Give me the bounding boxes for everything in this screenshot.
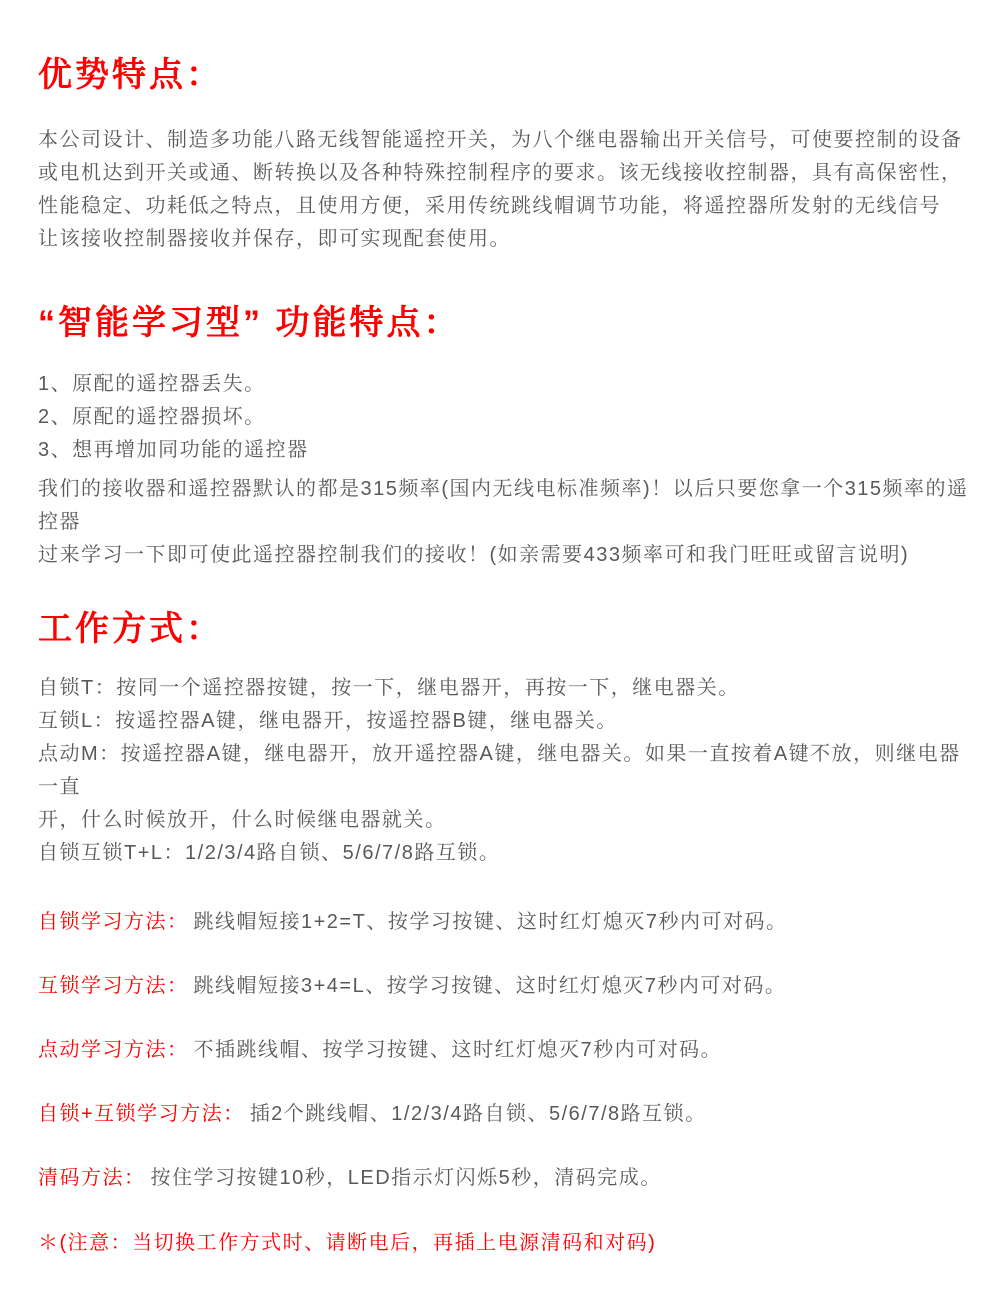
- product-description-document: 优势特点： 本公司设计、制造多功能八路无线智能遥控开关，为八个继电器输出开关信号…: [0, 0, 1000, 1300]
- section-advantages: 优势特点： 本公司设计、制造多功能八路无线智能遥控开关，为八个继电器输出开关信号…: [38, 54, 982, 256]
- note-line: 过来学习一下即可使此遥控器控制我们的接收！(如亲需要433频率可和我门旺旺或留言…: [38, 539, 982, 572]
- work-mode-line: 点动M：按遥控器A键，继电器开，放开遥控器A键，继电器关。如果一直按着A键不放，…: [38, 738, 982, 804]
- method-row: 点动学习方法：不插跳线帽、按学习按键、这时红灯熄灭7秒内可对码。: [38, 1034, 982, 1067]
- work-mode-line: 互锁L：按遥控器A键，继电器开，按遥控器B键，继电器关。: [38, 705, 982, 738]
- smart-learning-list: 1、原配的遥控器丢失。 2、原配的遥控器损坏。 3、想再增加同功能的遥控器: [38, 368, 982, 467]
- paragraph-line: 本公司设计、制造多功能八路无线智能遥控开关，为八个继电器输出开关信号，可使要控制…: [38, 124, 982, 157]
- method-label: 自锁+互锁学习方法：: [38, 1103, 245, 1125]
- smart-learning-note: 我们的接收器和遥控器默认的都是315频率(国内无线电标准频率)！以后只要您拿一个…: [38, 473, 982, 572]
- method-label: 清码方法：: [38, 1167, 146, 1189]
- work-mode-heading: 工作方式：: [38, 608, 982, 650]
- method-row: 自锁学习方法：跳线帽短接1+2=T、按学习按键、这时红灯熄灭7秒内可对码。: [38, 906, 982, 939]
- work-mode-line: 自锁T：按同一个遥控器按键，按一下，继电器开，再按一下，继电器关。: [38, 672, 982, 705]
- section-smart-learning: “智能学习型” 功能特点： 1、原配的遥控器丢失。 2、原配的遥控器损坏。 3、…: [38, 302, 982, 572]
- paragraph-line: 性能稳定、功耗低之特点，且使用方便，采用传统跳线帽调节功能，将遥控器所发射的无线…: [38, 190, 982, 223]
- work-mode-line: 开，什么时候放开，什么时候继电器就关。: [38, 804, 982, 837]
- list-item: 3、想再增加同功能的遥控器: [38, 434, 982, 467]
- list-item: 2、原配的遥控器损坏。: [38, 401, 982, 434]
- method-text: 不插跳线帽、按学习按键、这时红灯熄灭7秒内可对码。: [194, 1039, 723, 1061]
- method-text: 按住学习按键10秒，LED指示灯闪烁5秒，清码完成。: [151, 1167, 662, 1189]
- method-label: 点动学习方法：: [38, 1039, 189, 1061]
- method-row: 互锁学习方法：跳线帽短接3+4=L、按学习按键、这时红灯熄灭7秒内可对码。: [38, 970, 982, 1003]
- method-row: 自锁+互锁学习方法：插2个跳线帽、1/2/3/4路自锁、5/6/7/8路互锁。: [38, 1098, 982, 1131]
- method-text: 插2个跳线帽、1/2/3/4路自锁、5/6/7/8路互锁。: [250, 1103, 707, 1125]
- list-item: 1、原配的遥控器丢失。: [38, 368, 982, 401]
- method-text: 跳线帽短接1+2=T、按学习按键、这时红灯熄灭7秒内可对码。: [194, 911, 788, 933]
- section-work-mode: 工作方式： 自锁T：按同一个遥控器按键，按一下，继电器开，再按一下，继电器关。 …: [38, 608, 982, 870]
- note-line: 我们的接收器和遥控器默认的都是315频率(国内无线电标准频率)！以后只要您拿一个…: [38, 473, 982, 539]
- method-label: 自锁学习方法：: [38, 911, 189, 933]
- advantages-heading: 优势特点：: [38, 54, 982, 96]
- notice-text: ＊(注意：当切换工作方式时、请断电后，再插上电源清码和对码): [38, 1227, 982, 1260]
- paragraph-line: 让该接收控制器接收并保存，即可实现配套使用。: [38, 223, 982, 256]
- advantages-paragraph: 本公司设计、制造多功能八路无线智能遥控开关，为八个继电器输出开关信号，可使要控制…: [38, 124, 982, 256]
- method-row: 清码方法：按住学习按键10秒，LED指示灯闪烁5秒，清码完成。: [38, 1162, 982, 1195]
- method-text: 跳线帽短接3+4=L、按学习按键、这时红灯熄灭7秒内可对码。: [194, 975, 787, 997]
- smart-learning-heading: “智能学习型” 功能特点：: [38, 302, 982, 344]
- work-mode-lines: 自锁T：按同一个遥控器按键，按一下，继电器开，再按一下，继电器关。 互锁L：按遥…: [38, 672, 982, 870]
- paragraph-line: 或电机达到开关或通、断转换以及各种特殊控制程序的要求。该无线接收控制器，具有高保…: [38, 157, 982, 190]
- learning-methods-list: 自锁学习方法：跳线帽短接1+2=T、按学习按键、这时红灯熄灭7秒内可对码。 互锁…: [38, 906, 982, 1195]
- method-label: 互锁学习方法：: [38, 975, 189, 997]
- work-mode-line: 自锁互锁T+L：1/2/3/4路自锁、5/6/7/8路互锁。: [38, 837, 982, 870]
